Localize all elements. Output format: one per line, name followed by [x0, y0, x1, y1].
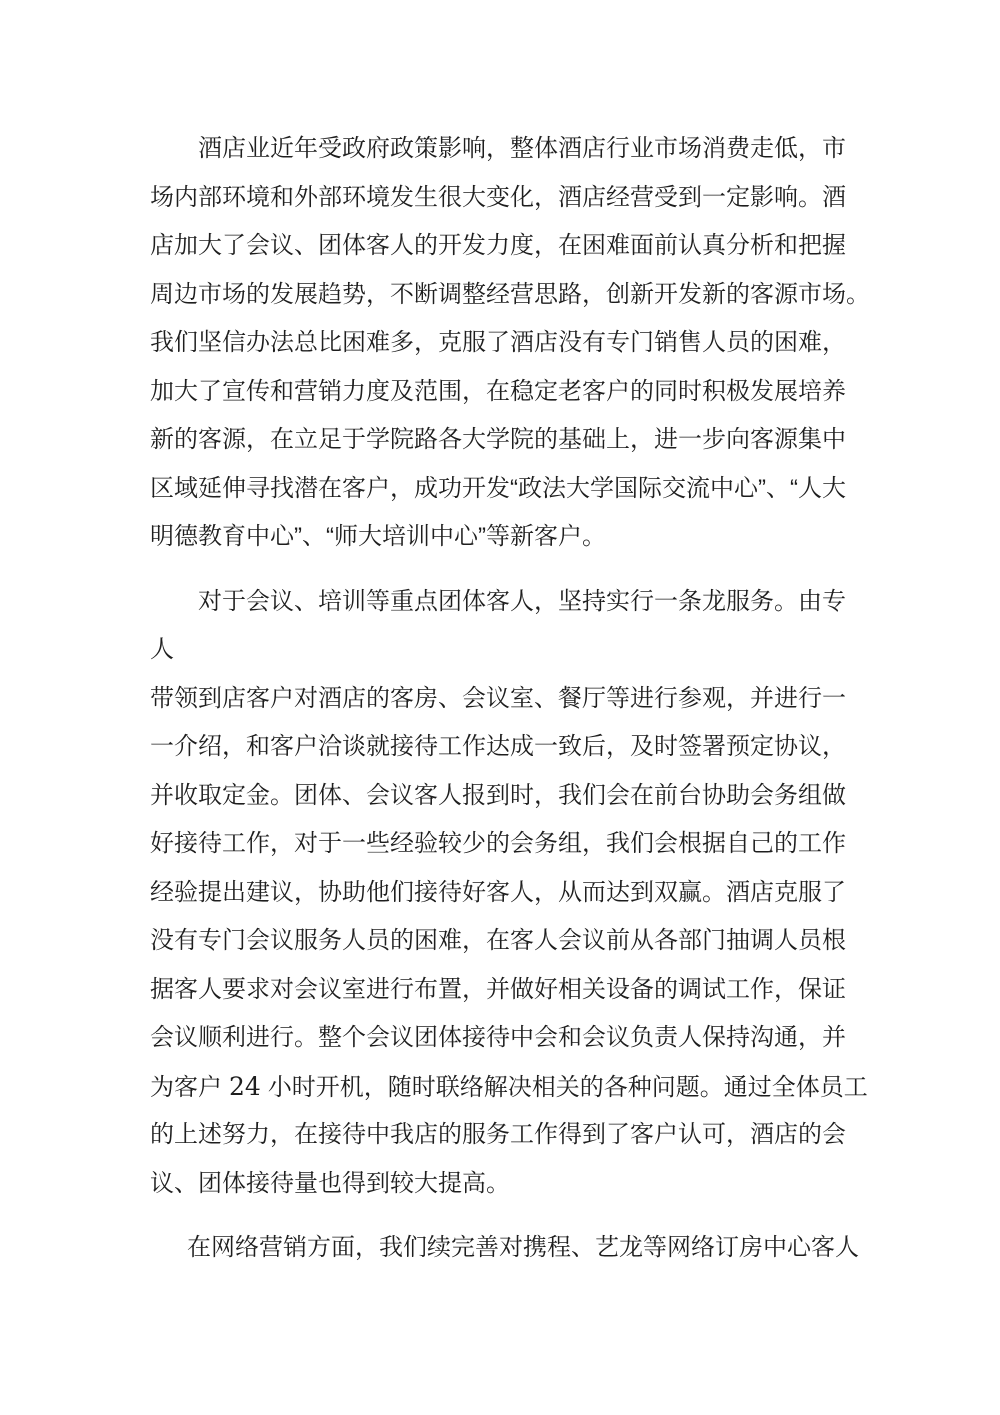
text-line: 新的客源，在立足于学院路各大学院的基础上，进一步向客源集中: [150, 416, 862, 465]
text-line: 在网络营销方面，我们续完善对携程、艺龙等网络订房中心客人: [150, 1224, 862, 1273]
paragraph: 在网络营销方面，我们续完善对携程、艺龙等网络订房中心客人: [150, 1224, 862, 1273]
text-line: 周边市场的发展趋势，不断调整经营思路，创新开发新的客源市场。: [150, 271, 862, 320]
text-line: 为客户24小时开机，随时联络解决相关的各种问题。通过全体员工: [150, 1063, 862, 1112]
text-line: 没有专门会议服务人员的困难，在客人会议前从各部门抽调人员根: [150, 917, 862, 966]
document-page: 酒店业近年受政府政策影响，整体酒店行业市场消费走低，市场内部环境和外部环境发生很…: [0, 0, 1000, 1415]
text-line: 据客人要求对会议室进行布置，并做好相关设备的调试工作，保证: [150, 966, 862, 1015]
text-line: 会议顺利进行。整个会议团体接待中会和会议负责人保持沟通，并: [150, 1014, 862, 1063]
latin-number: 24: [229, 1072, 261, 1101]
text-line: 明德教育中心”、“师大培训中心”等新客户。: [150, 513, 862, 562]
text-line: 区域延伸寻找潜在客户，成功开发“政法大学国际交流中心”、“人大: [150, 465, 862, 514]
text-line: 人: [150, 626, 862, 675]
text-line: 的上述努力，在接待中我店的服务工作得到了客户认可，酒店的会: [150, 1111, 862, 1160]
text-line: 对于会议、培训等重点团体客人，坚持实行一条龙服务。由专: [150, 578, 862, 627]
text-line: 场内部环境和外部环境发生很大变化，酒店经营受到一定影响。酒: [150, 174, 862, 223]
text-line: 并收取定金。团体、会议客人报到时，我们会在前台协助会务组做: [150, 772, 862, 821]
text-line: 一介绍，和客户洽谈就接待工作达成一致后，及时签署预定协议，: [150, 723, 862, 772]
text-line: 议、团体接待量也得到较大提高。: [150, 1160, 862, 1209]
document-body: 酒店业近年受政府政策影响，整体酒店行业市场消费走低，市场内部环境和外部环境发生很…: [150, 125, 862, 1273]
text-line: 加大了宣传和营销力度及范围，在稳定老客户的同时积极发展培养: [150, 368, 862, 417]
paragraph: 酒店业近年受政府政策影响，整体酒店行业市场消费走低，市场内部环境和外部环境发生很…: [150, 125, 862, 562]
text-line: 经验提出建议，协助他们接待好客人，从而达到双赢。酒店克服了: [150, 869, 862, 918]
paragraph: 对于会议、培训等重点团体客人，坚持实行一条龙服务。由专人带领到店客户对酒店的客房…: [150, 578, 862, 1209]
text-line: 我们坚信办法总比困难多，克服了酒店没有专门销售人员的困难，: [150, 319, 862, 368]
text-line: 店加大了会议、团体客人的开发力度，在困难面前认真分析和把握: [150, 222, 862, 271]
text-line: 好接待工作，对于一些经验较少的会务组，我们会根据自己的工作: [150, 820, 862, 869]
text-line: 带领到店客户对酒店的客房、会议室、餐厅等进行参观，并进行一: [150, 675, 862, 724]
text-line: 酒店业近年受政府政策影响，整体酒店行业市场消费走低，市: [150, 125, 862, 174]
